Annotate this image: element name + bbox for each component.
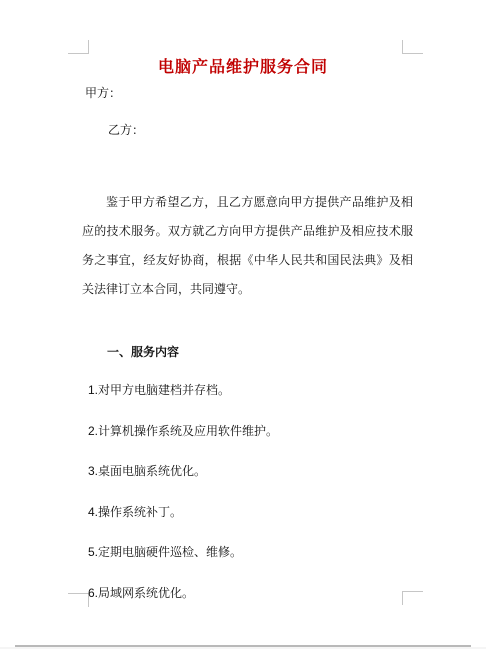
- service-item: 5.定期电脑硬件巡检、维修。: [88, 543, 242, 560]
- service-item: 1.对甲方电脑建档并存档。: [88, 381, 230, 398]
- text-boundary-mark-bottom-right: [402, 591, 423, 605]
- section1-heading: 一、服务内容: [107, 343, 179, 360]
- document-page: [15, 0, 471, 646]
- contract-preamble: 鉴于甲方希望乙方，且乙方愿意向甲方提供产品维护及相应的技术服务。双方就乙方向甲方…: [82, 188, 413, 304]
- service-item: 2.计算机操作系统及应用软件维护。: [88, 422, 278, 439]
- document-canvas: 电脑产品维护服务合同 甲方： 乙方： 鉴于甲方希望乙方，且乙方愿意向甲方提供产品…: [0, 0, 486, 649]
- text-boundary-mark-bottom-left: [68, 593, 89, 607]
- document-title: 电脑产品维护服务合同: [0, 54, 486, 77]
- text-boundary-mark-top-left: [68, 40, 89, 54]
- party-a-label: 甲方：: [85, 84, 121, 101]
- service-item: 6.局域网系统优化。: [88, 584, 194, 601]
- party-b-label: 乙方：: [108, 121, 144, 138]
- service-item: 4.操作系统补丁。: [88, 503, 182, 520]
- service-item: 3.桌面电脑系统优化。: [88, 462, 206, 479]
- text-boundary-mark-top-right: [402, 40, 423, 54]
